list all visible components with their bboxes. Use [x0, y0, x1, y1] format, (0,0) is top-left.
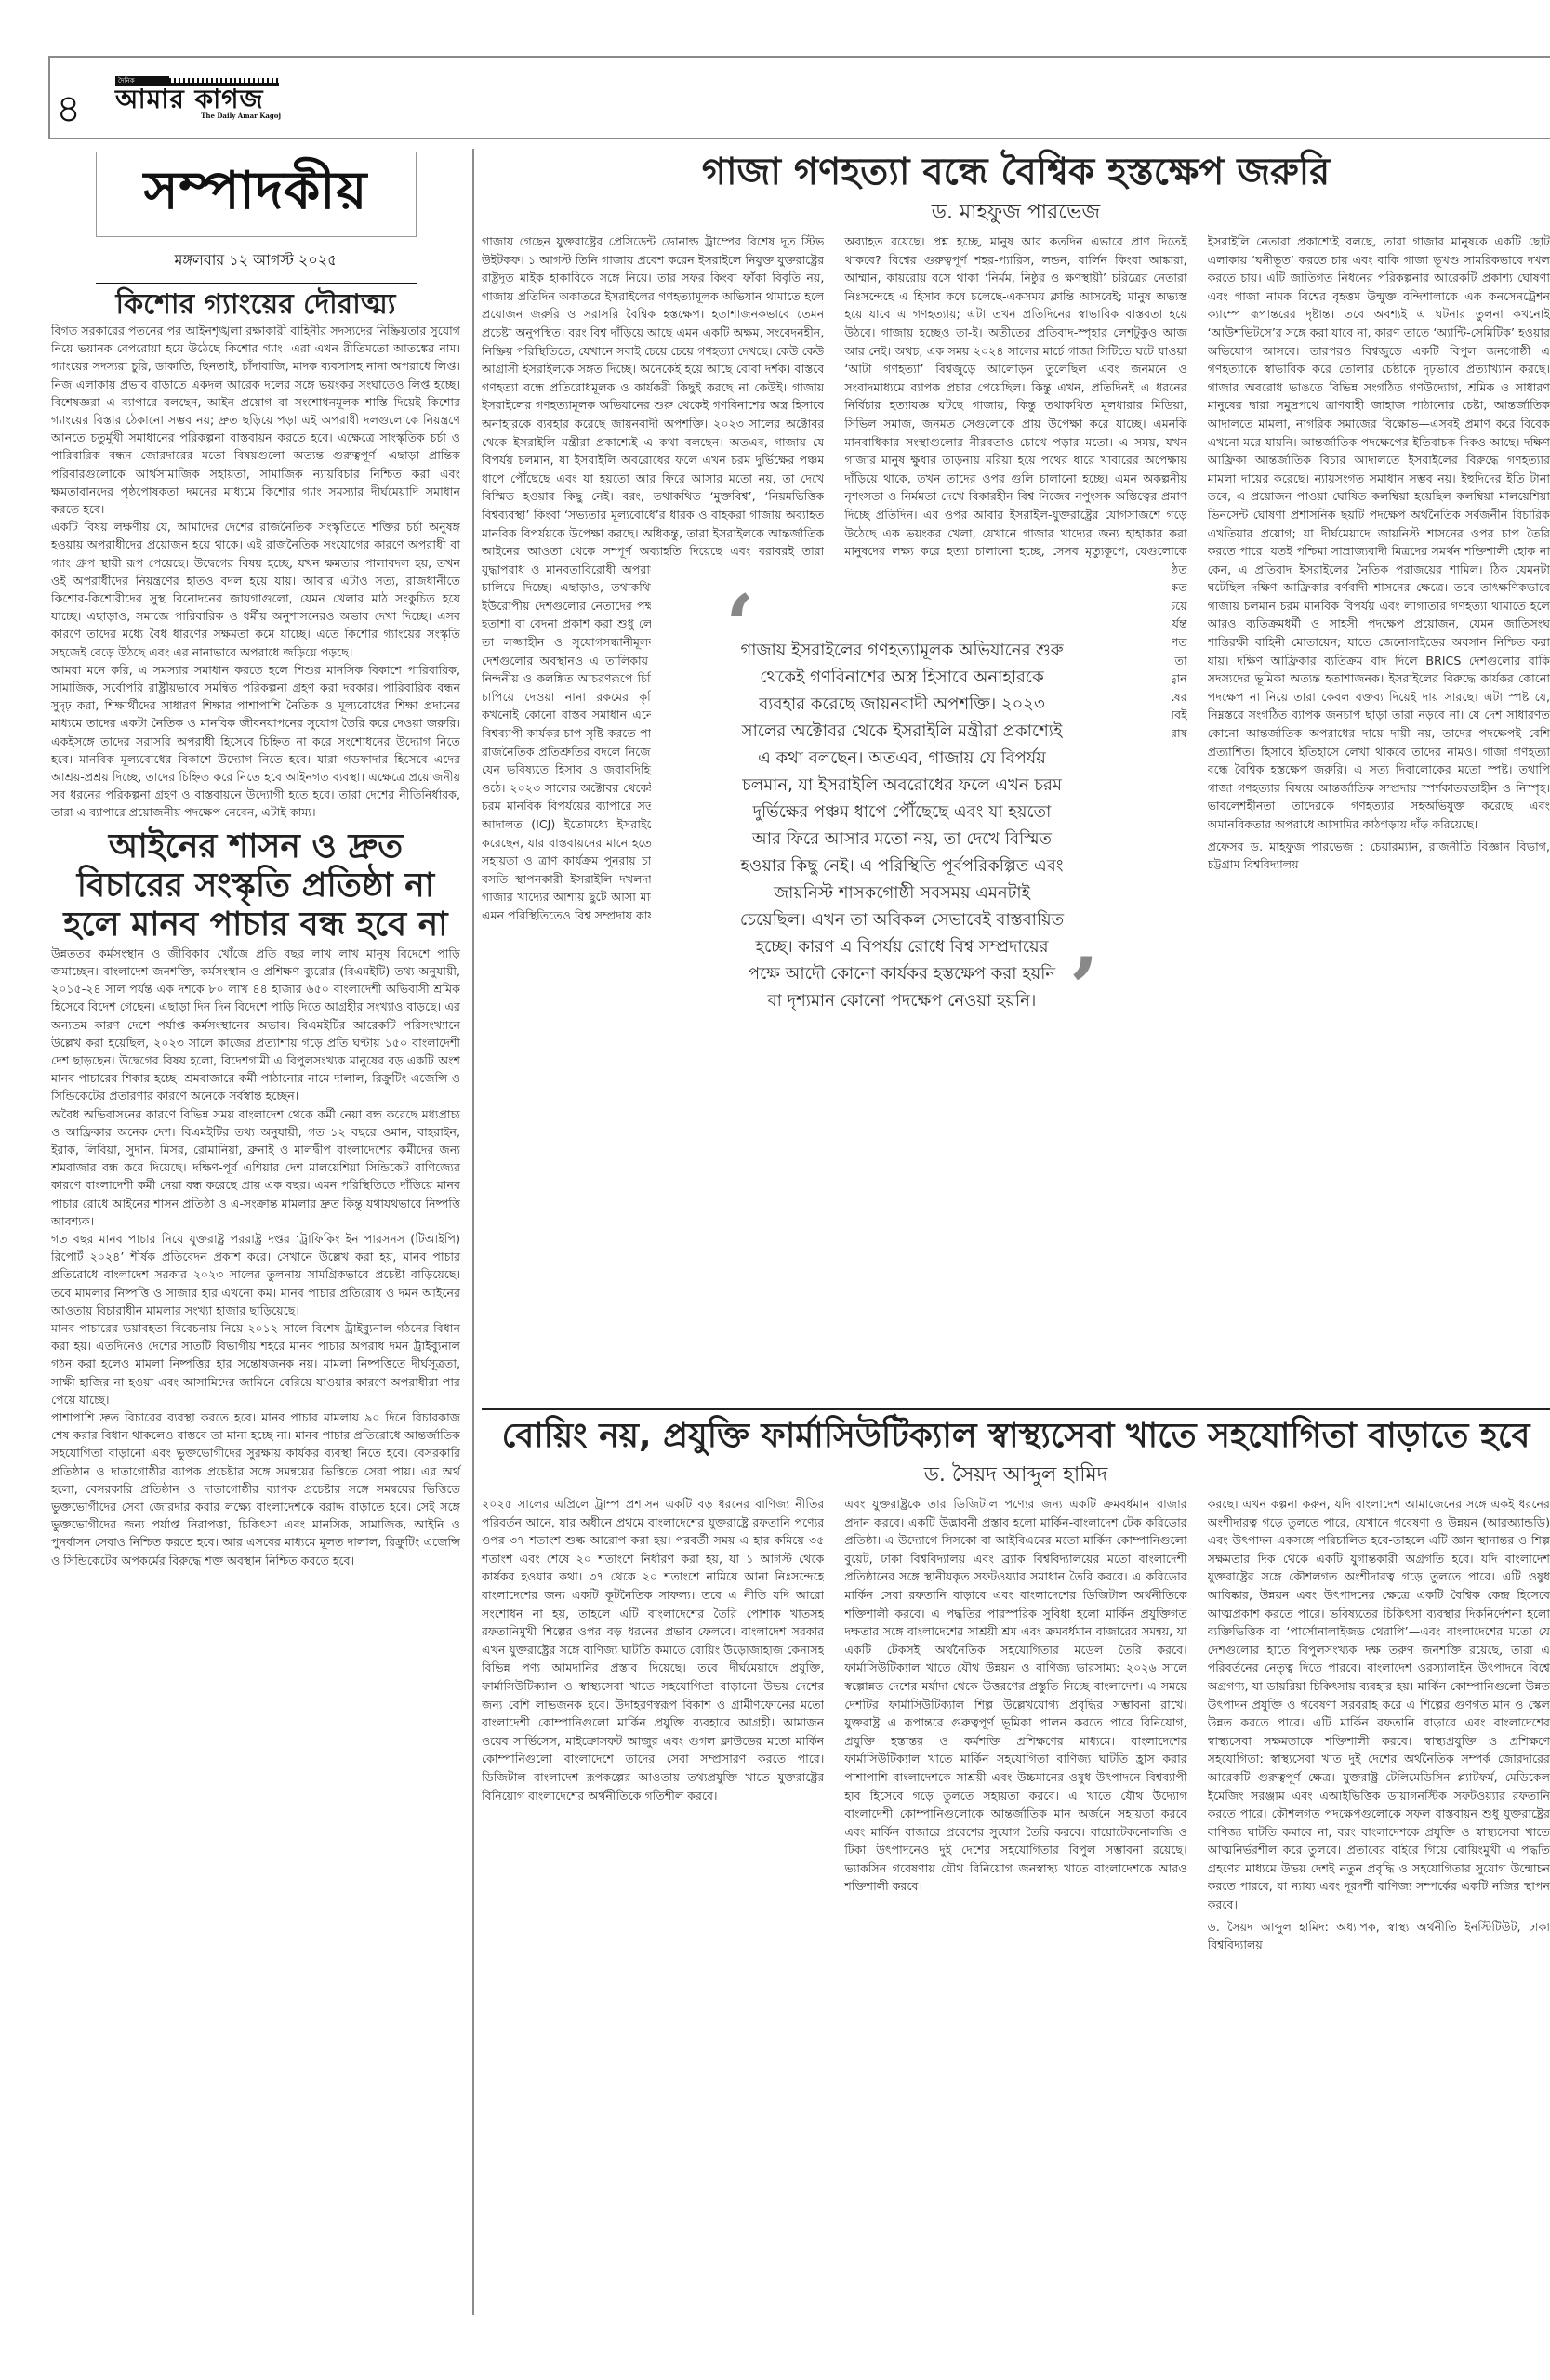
editorial-column: সম্পাদকীয় মঙ্গলবার ১২ আগস্ট ২০২৫ কিশোর … — [51, 149, 460, 2315]
article-byline: ড. সৈয়দ আব্দুল হামিদ — [482, 1461, 1550, 1489]
paragraph: পাশাপাশি দ্রুত বিচারের ব্যবস্থা করতে হবে… — [51, 1408, 460, 1569]
article-column-1: ২০২৫ সালের এপ্রিলে ট্রাম্প প্রশাসন একটি … — [482, 1495, 824, 2313]
paragraph: গত বছর মানব পাচার নিয়ে যুক্তরাষ্ট্র পরর… — [51, 1230, 460, 1319]
article-column-3: ইসরাইলি নেতারা প্রকাশ্যেই বলছে, তারা গাজ… — [1208, 232, 1550, 1432]
editorial-body-2: উন্নততর কর্মসংস্থান ও জীবিকার খোঁজে প্রত… — [51, 945, 460, 1569]
pull-quote: ‘ গাজায় ইসরাইলের গণহত্যামূলক অভিযানের শ… — [651, 558, 1172, 1023]
paragraph: আমরা মনে করি, এ সমস্যার সমাধান করতে হলে … — [51, 661, 460, 822]
pull-quote-text: গাজায় ইসরাইলের গণহত্যামূলক অভিযানের শুর… — [739, 637, 1065, 1014]
paragraph: উন্নততর কর্মসংস্থান ও জীবিকার খোঁজে প্রত… — [51, 945, 460, 1105]
column-divider — [472, 149, 474, 2315]
paragraph: অবৈধ অভিবাসনের কারণে বিভিন্ন সময় বাংলাদ… — [51, 1105, 460, 1230]
article-headline: বোয়িং নয়, প্রযুক্তি ফার্মাসিউটিক্যাল স… — [482, 1415, 1550, 1458]
editorial-headline-1: কিশোর গ্যাংয়ের দৌরাত্ম্য — [51, 288, 460, 322]
section-title: সম্পাদকীয় — [144, 151, 368, 238]
article-column-3: করছে। এখন কল্পনা করুন, যদি বাংলাদেশ আমাজ… — [1208, 1495, 1550, 2313]
editorial-headline-2: আইনের শাসন ও দ্রুত বিচারের সংস্কৃতি প্রত… — [51, 827, 460, 945]
column-text: করছে। এখন কল্পনা করুন, যদি বাংলাদেশ আমাজ… — [1208, 1497, 1550, 1911]
logo-english-name: The Daily Amar Kagoj — [201, 112, 281, 120]
paragraph: বিগত সরকারের পতনের পর আইনশৃঙ্খলা রক্ষাকা… — [51, 322, 460, 518]
article-columns: ২০২৫ সালের এপ্রিলে ট্রাম্প প্রশাসন একটি … — [482, 1495, 1550, 2313]
editorial-date: মঙ্গলবার ১২ আগস্ট ২০২৫ — [51, 248, 460, 273]
divider — [96, 283, 417, 284]
author-bio: ড. সৈয়দ আব্দুল হামিদ: অধ্যাপক, স্বাস্থ্… — [1208, 1918, 1550, 1954]
article-byline: ড. মাহফুজ পারভেজ — [482, 199, 1550, 227]
author-bio: প্রফেসর ড. মাহফুজ পারভেজ : চেয়ারম্যান, … — [1208, 838, 1550, 874]
column-text: ইসরাইলি নেতারা প্রকাশ্যেই বলছে, তারা গাজ… — [1208, 234, 1550, 831]
editorial-masthead: সম্পাদকীয় — [96, 152, 417, 237]
logo-name: আমার কাগজ — [115, 86, 264, 113]
article-trade: বোয়িং নয়, প্রযুক্তি ফার্মাসিউটিক্যাল স… — [482, 1415, 1550, 2313]
page-header: ৪ দৈনিক আমার কাগজ The Daily Amar Kagoj — [48, 56, 1550, 139]
paragraph: একটি বিষয় লক্ষণীয় যে, আমাদের দেশের রাজ… — [51, 518, 460, 661]
close-quote-icon: ’ — [1069, 939, 1098, 1038]
paragraph: মানব পাচারের ভয়াবহতা বিবেচনায় নিয়ে ২০… — [51, 1319, 460, 1408]
article-column-2: এবং যুক্তরাষ্ট্রকে তার ডিজিটাল পণ্যের জন… — [844, 1495, 1186, 2313]
article-divider — [482, 1408, 1550, 1410]
article-headline: গাজা গণহত্যা বন্ধে বৈশ্বিক হস্তক্ষেপ জরু… — [482, 149, 1550, 195]
editorial-body-1: বিগত সরকারের পতনের পর আইনশৃঙ্খলা রক্ষাকা… — [51, 322, 460, 822]
newspaper-logo: দৈনিক আমার কাগজ The Daily Amar Kagoj — [115, 76, 281, 121]
page-number: ৪ — [56, 78, 81, 144]
